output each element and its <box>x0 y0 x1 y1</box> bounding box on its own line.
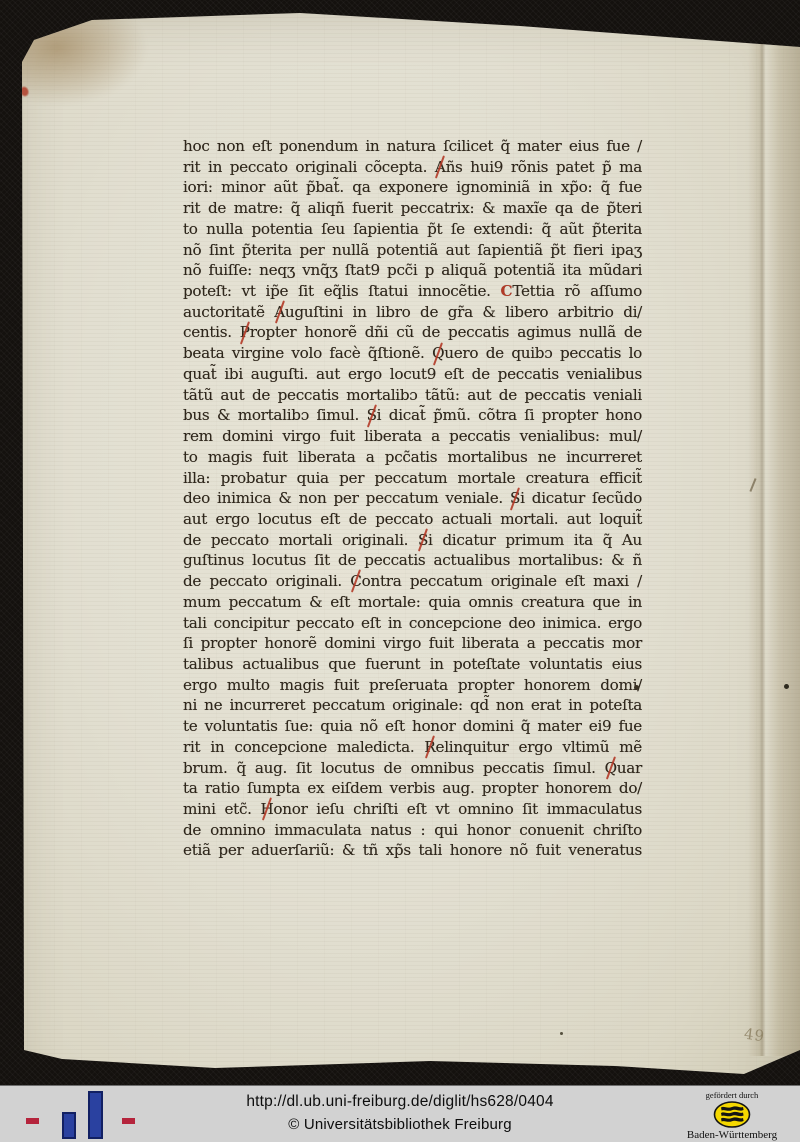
paper-stain <box>18 16 148 106</box>
footer-bar: http://dl.ub.uni-freiburg.de/diglit/hs62… <box>0 1085 800 1142</box>
funding-label: gefördert durch <box>672 1090 792 1100</box>
funder-name: Baden-Württemberg <box>672 1129 792 1141</box>
rubricated-initial: C <box>350 571 361 592</box>
text-line: hoc non eſt ponendum in natura ſcilicet … <box>183 136 642 157</box>
text-block: hoc non eſt ponendum in natura ſcilicet … <box>183 136 642 861</box>
text-line: rit in concepcione maledicta. Relinquitu… <box>183 737 642 758</box>
rubricated-initial: H <box>260 799 273 820</box>
rubricated-initial: A <box>274 302 285 323</box>
text-line: iori: minor aũt p̃bat̃. qa exponere igno… <box>183 177 642 198</box>
rubricated-initial: Q <box>432 343 444 364</box>
text-line: rem domini virgo fuit liberata a peccati… <box>183 426 642 447</box>
text-line: etiã per aduerſariũ: & tñ xp̃s tali hono… <box>183 840 642 861</box>
text-line: nõ fuiſſe: neqʒ vnq̃ʒ ſtat9 pcc̃i p aliq… <box>183 260 642 281</box>
ink-speck <box>784 684 789 689</box>
funding-block: gefördert durch Baden-Württemberg <box>672 1088 792 1141</box>
rubricated-initial: S <box>367 405 377 426</box>
rubricated-initial: S <box>418 530 428 551</box>
text-line: talibus actualibus que fuerunt in poteſt… <box>183 654 642 675</box>
text-line: ergo multo magis fuit preſeruata propter… <box>183 675 642 696</box>
text-line: auctoritatẽ Auguſtini in libro de gr̃a &… <box>183 302 642 323</box>
text-line: to magis fuit liberata a pcc̃atis mortal… <box>183 447 642 468</box>
text-line: quat̃ ibi auguſti. aut ergo locut9 eſt d… <box>183 364 642 385</box>
text-line: illa: probatur quia per peccatum mortale… <box>183 468 642 489</box>
rubricated-initial: P <box>240 322 250 343</box>
text-line: brum. q̃ aug. ſit locutus de omnibus pec… <box>183 758 642 779</box>
rubricated-initial: Q <box>605 758 617 779</box>
text-line: guſtinus locutus ſit de peccatis actuali… <box>183 550 642 571</box>
text-line: nõ ſint p̃terita per nullã potentiã aut … <box>183 240 642 261</box>
text-line: rit de matre: q̃ aliqñ fuerit peccatrix:… <box>183 198 642 219</box>
text-line: rit in peccato originali cõcepta. Añs hu… <box>183 157 642 178</box>
text-line: de peccato originali. Contra peccatum or… <box>183 571 642 592</box>
text-line: aut ergo locutus eſt de peccato actuali … <box>183 509 642 530</box>
text-line: de omnino immaculata natus : qui honor c… <box>183 820 642 841</box>
ink-speck <box>634 685 639 690</box>
text-line: poteſt: vt ip̃e ſit eq̃lis ſtatui innocẽ… <box>183 281 642 302</box>
baden-wuerttemberg-arms-icon <box>713 1101 751 1128</box>
text-line: mini etc̃. Honor ieſu chriſti eſt vt omn… <box>183 799 642 820</box>
text-line: to nulla potentia ſeu ſapientia p̃t ſe e… <box>183 219 642 240</box>
text-line: ta ratio ſumpta ex eiſdem verbis aug. pr… <box>183 778 642 799</box>
text-line: deo inimica & non per peccatum veniale. … <box>183 488 642 509</box>
text-line: mum peccatum & eſt mortale: quia omnis c… <box>183 592 642 613</box>
text-line: ni ne incurreret peccatum originale: qd̃… <box>183 695 642 716</box>
text-line: tãtũ aut de peccatis mortalibɔ tãtũ: aut… <box>183 385 642 406</box>
text-line: beata virgine volo facè q̃ſtionẽ. Quero … <box>183 343 642 364</box>
text-line: ſi propter honorẽ domini virgo fuit libe… <box>183 633 642 654</box>
rubricated-initial: S <box>510 488 520 509</box>
rubricated-initial: R <box>424 737 435 758</box>
pencil-folio-number: 49 <box>743 1025 766 1045</box>
text-line: de peccato mortali originali. Si dicatur… <box>183 530 642 551</box>
manuscript-page: hoc non eſt ponendum in natura ſcilicet … <box>0 0 800 1142</box>
scanned-page-viewer: hoc non eſt ponendum in natura ſcilicet … <box>0 0 800 1142</box>
ink-speck <box>560 1032 563 1035</box>
text-line: bus & mortalibɔ ſimul. Si dicat̃ p̃mũ. c… <box>183 405 642 426</box>
text-line: te voluntatis ſue: quia nõ eſt honor dom… <box>183 716 642 737</box>
text-line: tali concipitur peccato eſt in concepcio… <box>183 613 642 634</box>
page-fold-edge <box>748 44 800 1056</box>
text-line: centis. Propter honorẽ dñi cũ de peccati… <box>183 322 642 343</box>
rubricated-initial: A <box>435 157 446 178</box>
rubricated-initial: C <box>501 282 513 300</box>
